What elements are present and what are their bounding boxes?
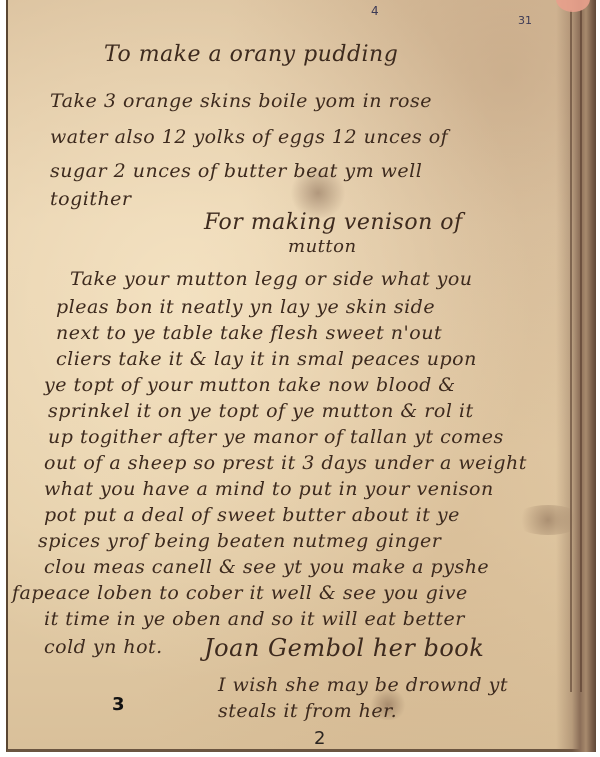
recipe2-line-2: pleas bon it neatly yn lay ye skin side bbox=[56, 296, 435, 318]
recipe2-line-7: up togither after ye manor of tallan yt … bbox=[48, 426, 504, 448]
recipe2-line-3: next to ye table take flesh sweet n'out bbox=[56, 322, 442, 344]
recipe2-line-13: fapeace loben to cober it well & see you… bbox=[12, 582, 468, 604]
recipe2-title-line2: mutton bbox=[288, 236, 357, 257]
recipe2-line-14: it time in ye oben and so it will eat be… bbox=[44, 608, 465, 630]
recipe2-line-12: clou meas canell & see yt you make a pys… bbox=[44, 556, 489, 578]
recipe2-line-8: out of a sheep so prest it 3 days under … bbox=[44, 452, 527, 474]
pencil-number-bottom: 2 bbox=[314, 728, 325, 749]
recipe2-line-1: Take your mutton legg or side what you bbox=[70, 268, 473, 290]
recipe1-line-3: sugar 2 unces of butter beat ym well bbox=[50, 160, 422, 182]
curse-line-1: I wish she may be drownd yt bbox=[218, 674, 508, 696]
recipe2-line-10: pot put a deal of sweet butter about it … bbox=[44, 504, 460, 526]
recipe2-title: For making venison of bbox=[204, 210, 463, 235]
recipe2-line-5: ye topt of your mutton take now blood & bbox=[44, 374, 456, 396]
recipe2-line-15: cold yn hot. bbox=[44, 636, 163, 658]
recipe1-line-1: Take 3 orange skins boile yom in rose bbox=[50, 90, 432, 112]
pencil-number-left: 3 bbox=[112, 694, 125, 715]
page-binding-edge bbox=[556, 0, 596, 752]
owner-signature: Joan Gembol her book bbox=[204, 634, 484, 662]
recipe1-line-2: water also 12 yolks of eggs 12 unces of bbox=[50, 126, 448, 148]
recipe2-line-4: cliers take it & lay it in smal peaces u… bbox=[56, 348, 477, 370]
ink-smudge bbox=[513, 505, 583, 535]
corner-number: 31 bbox=[518, 14, 532, 27]
manuscript-page: 4 31 To make a orany pudding Take 3 oran… bbox=[6, 0, 596, 752]
recipe1-title: To make a orany pudding bbox=[104, 42, 398, 67]
recipe2-line-6: sprinkel it on ye topt of ye mutton & ro… bbox=[48, 400, 474, 422]
recipe2-line-9: what you have a mind to put in your veni… bbox=[44, 478, 494, 500]
recipe2-line-11: spices yrof being beaten nutmeg ginger bbox=[38, 530, 441, 552]
curse-line-2: steals it from her. bbox=[218, 700, 397, 722]
recipe1-line-4: togither bbox=[50, 188, 132, 210]
folio-number: 4 bbox=[371, 4, 379, 18]
